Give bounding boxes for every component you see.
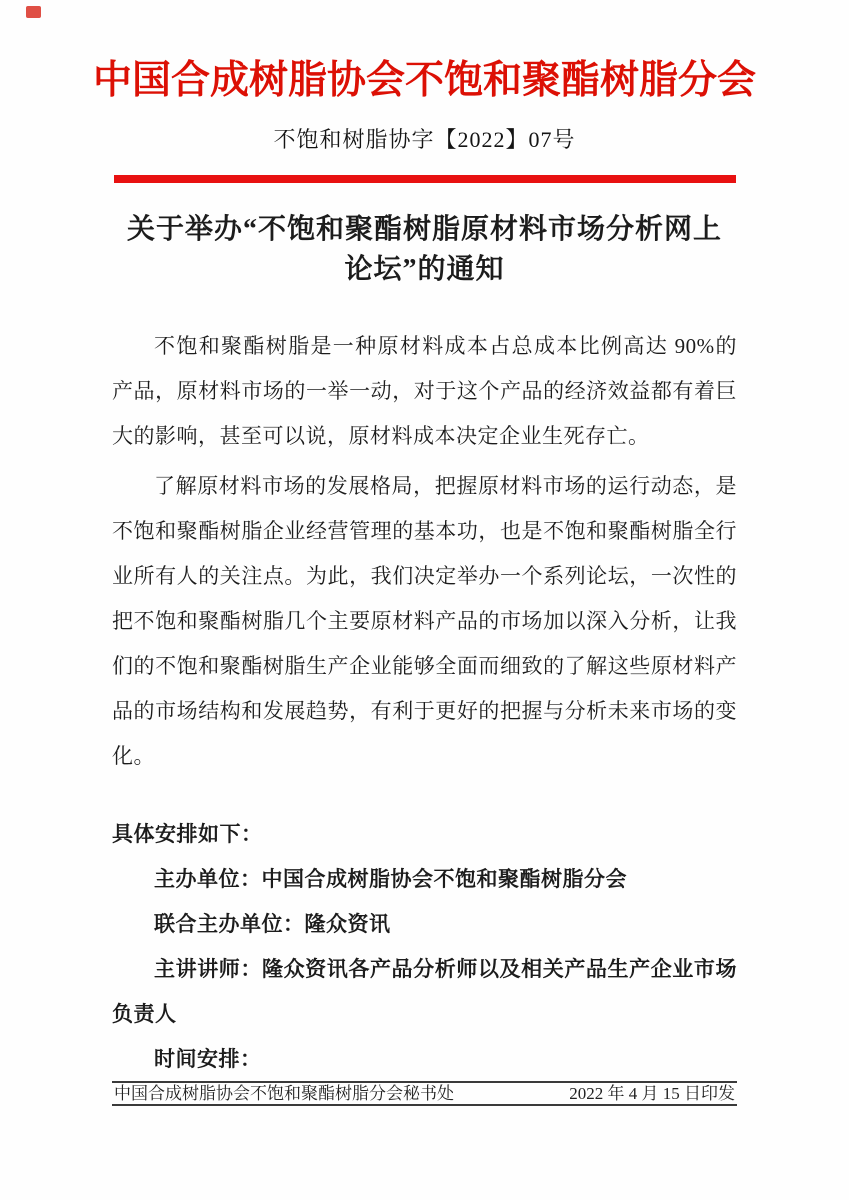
notice-title-line-1: 关于举办“不饱和聚酯树脂原材料市场分析网上 <box>0 210 849 250</box>
red-stamp-fragment-icon <box>26 6 41 18</box>
red-divider-bar <box>114 175 736 183</box>
arrangement-item-schedule: 时间安排： <box>112 1037 737 1082</box>
arrangement-heading: 具体安排如下： <box>112 812 737 857</box>
notice-body: 不饱和聚酯树脂是一种原材料成本占总成本比例高达 90%的产品，原材料市场的一举一… <box>0 324 849 1082</box>
footer-print-date: 2022 年 4 月 15 日印发 <box>569 1084 735 1103</box>
document-number: 不饱和树脂协字【2022】07号 <box>0 123 849 154</box>
body-paragraph: 了解原材料市场的发展格局，把握原材料市场的运行动态，是不饱和聚酯树脂企业经营管理… <box>112 464 737 779</box>
document-header: 中国合成树脂协会不饱和聚酯树脂分会 不饱和树脂协字【2022】07号 <box>0 0 849 183</box>
arrangement-section: 具体安排如下： 主办单位：中国合成树脂协会不饱和聚酯树脂分会 联合主办单位：隆众… <box>112 812 737 1082</box>
arrangement-item-lecturers: 主讲讲师：隆众资讯各产品分析师以及相关产品生产企业市场负责人 <box>112 947 737 1037</box>
arrangement-item-host: 主办单位：中国合成树脂协会不饱和聚酯树脂分会 <box>112 857 737 902</box>
notice-title-line-2: 论坛”的通知 <box>0 250 849 290</box>
document-footer: 中国合成树脂协会不饱和聚酯树脂分会秘书处 2022 年 4 月 15 日印发 <box>112 1081 737 1106</box>
notice-title: 关于举办“不饱和聚酯树脂原材料市场分析网上 论坛”的通知 <box>0 210 849 290</box>
arrangement-item-cohost: 联合主办单位：隆众资讯 <box>112 902 737 947</box>
organization-title: 中国合成树脂协会不饱和聚酯树脂分会 <box>0 56 849 107</box>
body-paragraph: 不饱和聚酯树脂是一种原材料成本占总成本比例高达 90%的产品，原材料市场的一举一… <box>112 324 737 459</box>
footer-issuer: 中国合成树脂协会不饱和聚酯树脂分会秘书处 <box>114 1084 454 1103</box>
notice-document-page: 中国合成树脂协会不饱和聚酯树脂分会 不饱和树脂协字【2022】07号 关于举办“… <box>0 0 849 1200</box>
